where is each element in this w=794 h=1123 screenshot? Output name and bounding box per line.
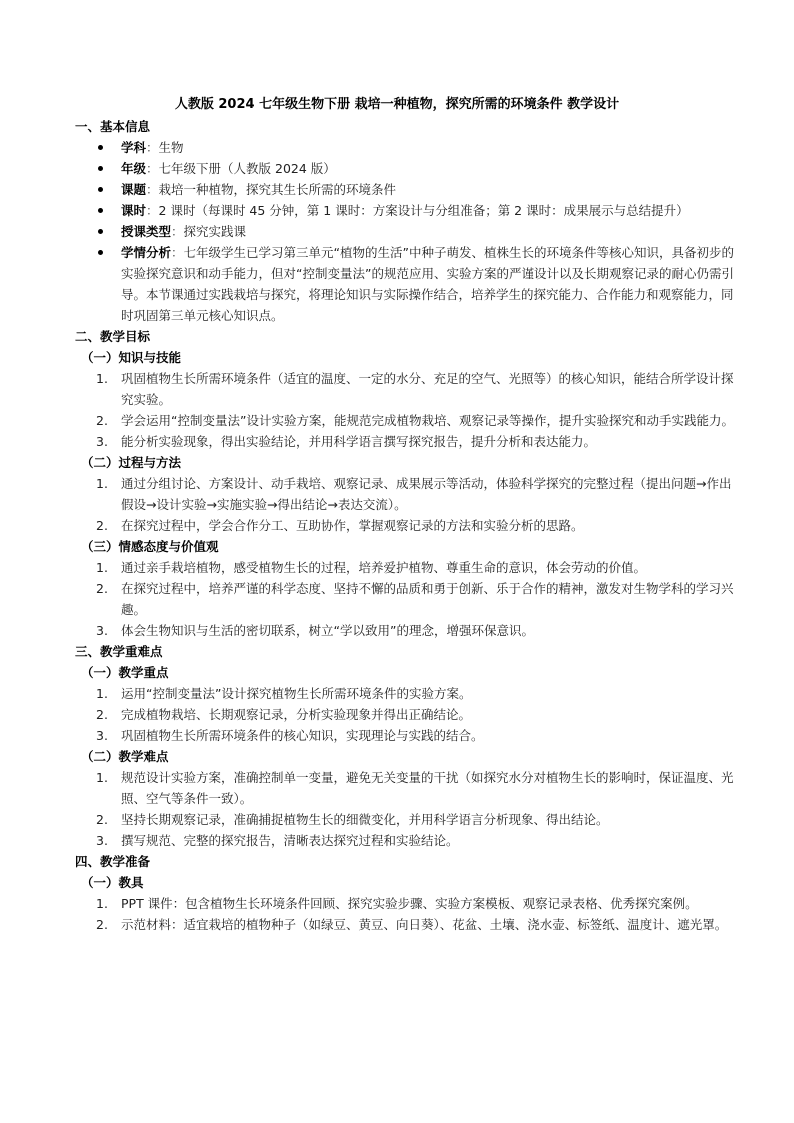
document-body: 一、基本信息 学科：生物 年级：七年级下册（人教版 2024 版） 课题：栽培一… [75, 116, 735, 935]
item-key: 年级 [121, 161, 146, 176]
list-item: 学情分析：七年级学生已学习第三单元“植物的生活”中种子萌发、植株生长的环境条件等… [75, 242, 735, 326]
item-key: 课时 [121, 203, 146, 218]
section-heading-basic-info: 一、基本信息 [75, 116, 735, 137]
list-item: 2.完成植物栽培、长期观察记录，分析实验现象并得出正确结论。 [75, 704, 735, 725]
values-list: 1.通过亲手栽培植物，感受植物生长的过程，培养爱护植物、尊重生命的意识，体会劳动… [75, 557, 735, 641]
list-item: 3.撰写规范、完整的探究报告，清晰表达探究过程和实验结论。 [75, 830, 735, 851]
list-item: 3.体会生物知识与生活的密切联系，树立“学以致用”的理念，增强环保意识。 [75, 620, 735, 641]
bullet-icon [98, 145, 103, 150]
subsection-heading-difficult-points: （二）教学难点 [75, 746, 735, 767]
section-heading-objectives: 二、教学目标 [75, 326, 735, 347]
knowledge-list: 1.巩固植物生长所需环境条件（适宜的温度、一定的水分、充足的空气、光照等）的核心… [75, 368, 735, 452]
list-item: 1.通过亲手栽培植物，感受植物生长的过程，培养爱护植物、尊重生命的意识，体会劳动… [75, 557, 735, 578]
item-key: 授课类型 [121, 224, 171, 239]
item-value: 栽培一种植物，探究其生长所需的环境条件 [159, 182, 397, 197]
section-heading-preparation: 四、教学准备 [75, 851, 735, 872]
item-value: 生物 [159, 140, 184, 155]
subsection-heading-knowledge: （一）知识与技能 [75, 347, 735, 368]
list-item: 1.规范设计实验方案，准确控制单一变量，避免无关变量的干扰（如探究水分对植物生长… [75, 767, 735, 809]
list-item: 1.通过分组讨论、方案设计、动手栽培、观察记录、成果展示等活动，体验科学探究的完… [75, 473, 735, 515]
item-key: 课题 [121, 182, 146, 197]
item-value: 探究实践课 [184, 224, 247, 239]
document-title: 人教版 2024 七年级生物下册 栽培一种植物，探究所需的环境条件 教学设计 [0, 96, 794, 114]
section-heading-key-difficult: 三、教学重难点 [75, 641, 735, 662]
list-item: 学科：生物 [75, 137, 735, 158]
bullet-icon [98, 166, 103, 171]
list-item: 课时：2 课时（每课时 45 分钟，第 1 课时：方案设计与分组准备；第 2 课… [75, 200, 735, 221]
bullet-icon [98, 187, 103, 192]
list-item: 2.示范材料：适宜栽培的植物种子（如绿豆、黄豆、向日葵）、花盆、土壤、浇水壶、标… [75, 914, 735, 935]
list-item: 1.运用“控制变量法”设计探究植物生长所需环境条件的实验方案。 [75, 683, 735, 704]
list-item: 授课类型：探究实践课 [75, 221, 735, 242]
item-value: 七年级下册（人教版 2024 版） [159, 161, 336, 176]
subsection-heading-teaching-aids: （一）教具 [75, 872, 735, 893]
bullet-icon [98, 208, 103, 213]
teaching-aids-list: 1.PPT 课件：包含植物生长环境条件回顾、探究实验步骤、实验方案模板、观察记录… [75, 893, 735, 935]
item-key: 学情分析 [121, 245, 171, 260]
list-item: 2.在探究过程中，学会合作分工、互助协作，掌握观察记录的方法和实验分析的思路。 [75, 515, 735, 536]
process-list: 1.通过分组讨论、方案设计、动手栽培、观察记录、成果展示等活动，体验科学探究的完… [75, 473, 735, 536]
list-item: 1.巩固植物生长所需环境条件（适宜的温度、一定的水分、充足的空气、光照等）的核心… [75, 368, 735, 410]
subsection-heading-values: （三）情感态度与价值观 [75, 536, 735, 557]
bullet-icon [98, 229, 103, 234]
item-value: 七年级学生已学习第三单元“植物的生活”中种子萌发、植株生长的环境条件等核心知识，… [121, 245, 734, 323]
list-item: 2.学会运用“控制变量法”设计实验方案，能规范完成植物栽培、观察记录等操作，提升… [75, 410, 735, 431]
basic-info-list: 学科：生物 年级：七年级下册（人教版 2024 版） 课题：栽培一种植物，探究其… [75, 137, 735, 326]
list-item: 2.坚持长期观察记录，准确捕捉植物生长的细微变化，并用科学语言分析现象、得出结论… [75, 809, 735, 830]
list-item: 3.巩固植物生长所需环境条件的核心知识，实现理论与实践的结合。 [75, 725, 735, 746]
list-item: 课题：栽培一种植物，探究其生长所需的环境条件 [75, 179, 735, 200]
key-points-list: 1.运用“控制变量法”设计探究植物生长所需环境条件的实验方案。 2.完成植物栽培… [75, 683, 735, 746]
item-value: 2 课时（每课时 45 分钟，第 1 课时：方案设计与分组准备；第 2 课时：成… [159, 203, 689, 218]
subsection-heading-key-points: （一）教学重点 [75, 662, 735, 683]
list-item: 年级：七年级下册（人教版 2024 版） [75, 158, 735, 179]
difficult-points-list: 1.规范设计实验方案，准确控制单一变量，避免无关变量的干扰（如探究水分对植物生长… [75, 767, 735, 851]
list-item: 1.PPT 课件：包含植物生长环境条件回顾、探究实验步骤、实验方案模板、观察记录… [75, 893, 735, 914]
item-key: 学科 [121, 140, 146, 155]
subsection-heading-process: （二）过程与方法 [75, 452, 735, 473]
bullet-icon [98, 250, 103, 255]
document-page: 人教版 2024 七年级生物下册 栽培一种植物，探究所需的环境条件 教学设计 一… [0, 0, 794, 1123]
list-item: 3.能分析实验现象，得出实验结论，并用科学语言撰写探究报告，提升分析和表达能力。 [75, 431, 735, 452]
list-item: 2.在探究过程中，培养严谨的科学态度、坚持不懈的品质和勇于创新、乐于合作的精神，… [75, 578, 735, 620]
